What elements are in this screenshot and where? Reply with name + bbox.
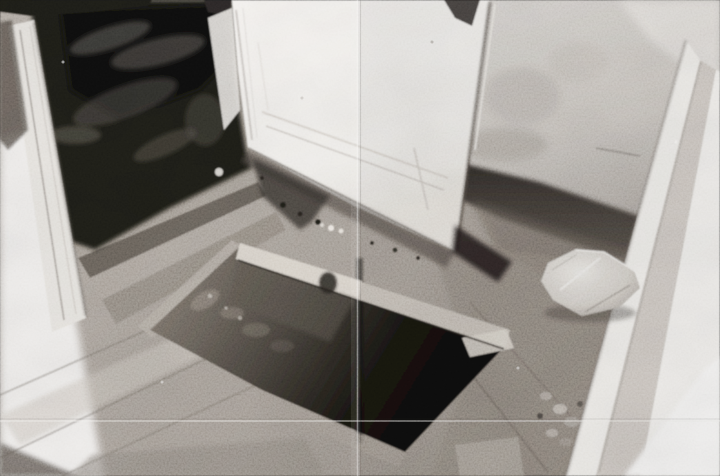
photo-canvas: [0, 0, 720, 476]
photograph: [0, 0, 720, 476]
film-grain: [0, 0, 720, 476]
